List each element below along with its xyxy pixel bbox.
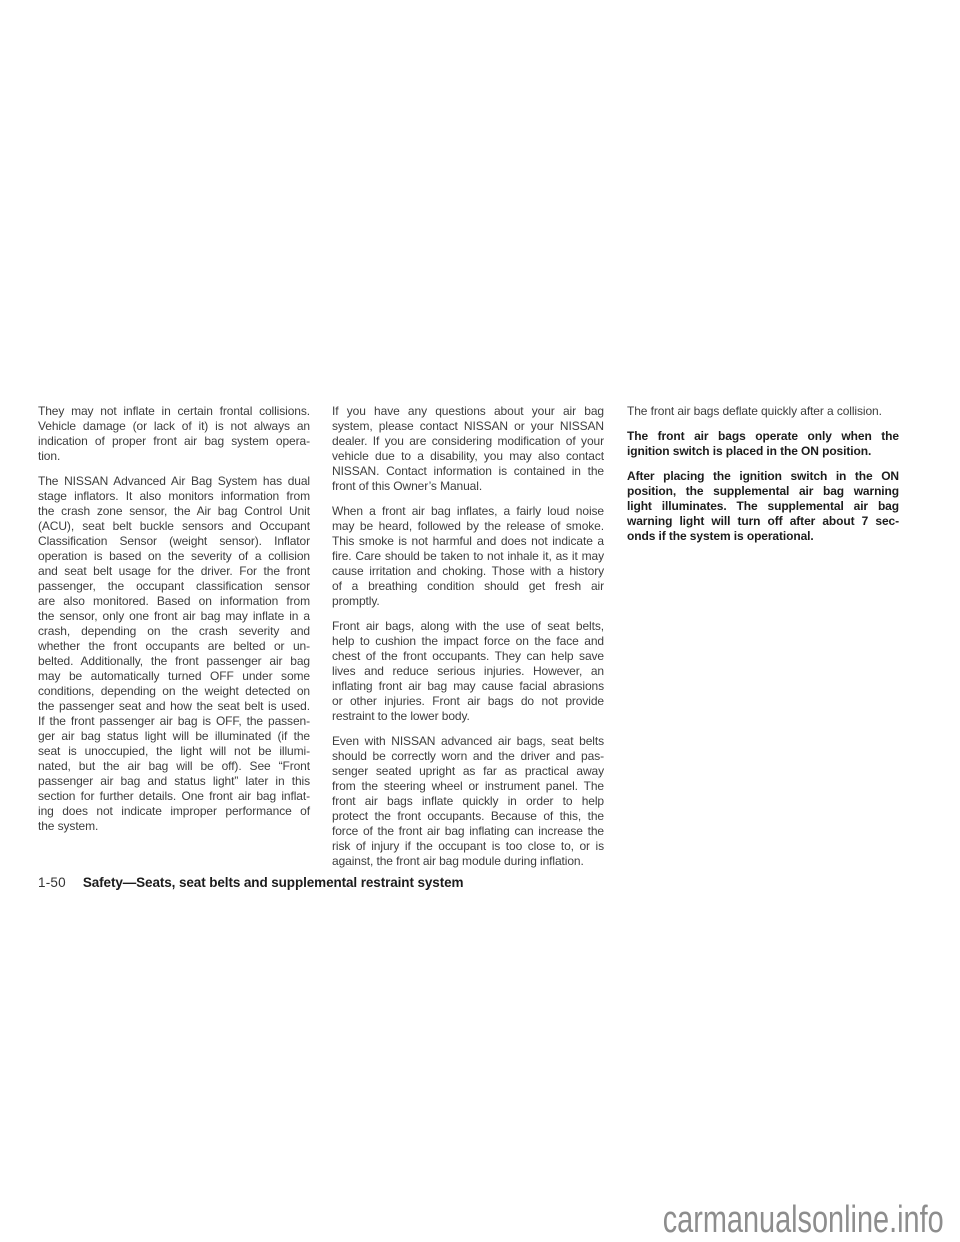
text-line: nated, but the air bag will be off). See… (38, 759, 310, 774)
text-line: (ACU), seat belt buckle sensors and Occu… (38, 519, 310, 534)
text-line: warning light will turn off after about … (627, 514, 899, 529)
column-left: They may not inflate in certain frontal … (38, 404, 310, 844)
paragraph: Even with NISSAN advanced air bags, seat… (332, 734, 604, 869)
page-number: 1-50 (38, 875, 66, 890)
text-line: promptly. (332, 594, 604, 609)
text-line: The front air bags deflate quickly after… (627, 404, 899, 419)
text-line: Classification Sensor (weight sensor). I… (38, 534, 310, 549)
paragraph-bold: The front air bags operate only when the… (627, 429, 899, 459)
text-line: are also monitored. Based on information… (38, 594, 310, 609)
text-line: inflating front air bag may cause facial… (332, 679, 604, 694)
text-line: The NISSAN Advanced Air Bag System has d… (38, 474, 310, 489)
text-line: crash, depending on the crash severity a… (38, 624, 310, 639)
text-line: dealer. If you are considering modificat… (332, 434, 604, 449)
text-line: against, the front air bag module during… (332, 854, 604, 869)
manual-page: They may not inflate in certain frontal … (0, 0, 960, 1242)
text-line: position, the supplemental air bag warni… (627, 484, 899, 499)
text-line: Front air bags, along with the use of se… (332, 619, 604, 634)
text-line: Even with NISSAN advanced air bags, seat… (332, 734, 604, 749)
text-line: the sensor, only one front air bag may i… (38, 609, 310, 624)
paragraph-bold: After placing the ignition switch in the… (627, 469, 899, 544)
text-line: If you have any questions about your air… (332, 404, 604, 419)
text-line: seat is unoccupied, the light will not b… (38, 744, 310, 759)
text-line: tion. (38, 449, 310, 464)
text-line: passenger air bag and status light” late… (38, 774, 310, 789)
text-line: operation is based on the severity of a … (38, 549, 310, 564)
text-line: ger air bag status light will be illumin… (38, 729, 310, 744)
text-line: or other injuries. Front air bags do not… (332, 694, 604, 709)
text-line: may be automatically turned OFF under so… (38, 669, 310, 684)
text-line: section for further details. One front a… (38, 789, 310, 804)
text-line: should be correctly worn and the driver … (332, 749, 604, 764)
page-footer: 1-50 Safety—Seats, seat belts and supple… (38, 875, 463, 890)
paragraph: They may not inflate in certain frontal … (38, 404, 310, 464)
text-line: ignition switch is placed in the ON posi… (627, 444, 899, 459)
text-line: This smoke is not harmful and does not i… (332, 534, 604, 549)
text-line: may be heard, followed by the release of… (332, 519, 604, 534)
text-line: passenger, the occupant classification s… (38, 579, 310, 594)
paragraph: The front air bags deflate quickly after… (627, 404, 899, 419)
text-line: onds if the system is operational. (627, 529, 899, 544)
watermark: carmanualsonline.info (663, 1199, 944, 1242)
text-line: the system. (38, 819, 310, 834)
text-line: senger seated upright as far as practica… (332, 764, 604, 779)
text-line: After placing the ignition switch in the… (627, 469, 899, 484)
text-line: The front air bags operate only when the (627, 429, 899, 444)
text-line: the crash zone sensor, the Air bag Contr… (38, 504, 310, 519)
text-line: Vehicle damage (or lack of it) is not al… (38, 419, 310, 434)
section-title: Safety—Seats, seat belts and supplementa… (83, 875, 464, 890)
text-line: NISSAN. Contact information is contained… (332, 464, 604, 479)
text-line: help to cushion the impact force on the … (332, 634, 604, 649)
text-line: stage inflators. It also monitors inform… (38, 489, 310, 504)
paragraph: If you have any questions about your air… (332, 404, 604, 494)
column-middle: If you have any questions about your air… (332, 404, 604, 879)
text-line: They may not inflate in certain frontal … (38, 404, 310, 419)
text-line: restraint to the lower body. (332, 709, 604, 724)
text-line: of a breathing condition should get fres… (332, 579, 604, 594)
text-line: If the front passenger air bag is OFF, t… (38, 714, 310, 729)
text-line: belted. Additionally, the front passenge… (38, 654, 310, 669)
text-line: cause irritation and choking. Those with… (332, 564, 604, 579)
text-line: vehicle due to a disability, you may als… (332, 449, 604, 464)
text-line: light illuminates. The supplemental air … (627, 499, 899, 514)
text-line: protect the front occupants. Because of … (332, 809, 604, 824)
text-line: chest of the front occupants. They can h… (332, 649, 604, 664)
paragraph: Front air bags, along with the use of se… (332, 619, 604, 724)
text-line: from the steering wheel or instrument pa… (332, 779, 604, 794)
text-line: front of this Owner’s Manual. (332, 479, 604, 494)
paragraph: When a front air bag inflates, a fairly … (332, 504, 604, 609)
text-line: conditions, depending on the weight dete… (38, 684, 310, 699)
text-line: indication of proper front air bag syste… (38, 434, 310, 449)
text-line: and seat belt usage for the driver. For … (38, 564, 310, 579)
text-line: When a front air bag inflates, a fairly … (332, 504, 604, 519)
text-line: risk of injury if the occupant is too cl… (332, 839, 604, 854)
text-line: whether the front occupants are belted o… (38, 639, 310, 654)
text-line: ing does not indicate improper performan… (38, 804, 310, 819)
text-line: lives and reduce serious injuries. Howev… (332, 664, 604, 679)
paragraph: The NISSAN Advanced Air Bag System has d… (38, 474, 310, 834)
text-line: force of the front air bag inflating can… (332, 824, 604, 839)
text-line: front air bags inflate quickly in order … (332, 794, 604, 809)
text-line: fire. Care should be taken to not inhale… (332, 549, 604, 564)
column-right: The front air bags deflate quickly after… (627, 404, 899, 554)
text-line: system, please contact NISSAN or your NI… (332, 419, 604, 434)
text-line: the passenger seat and how the seat belt… (38, 699, 310, 714)
